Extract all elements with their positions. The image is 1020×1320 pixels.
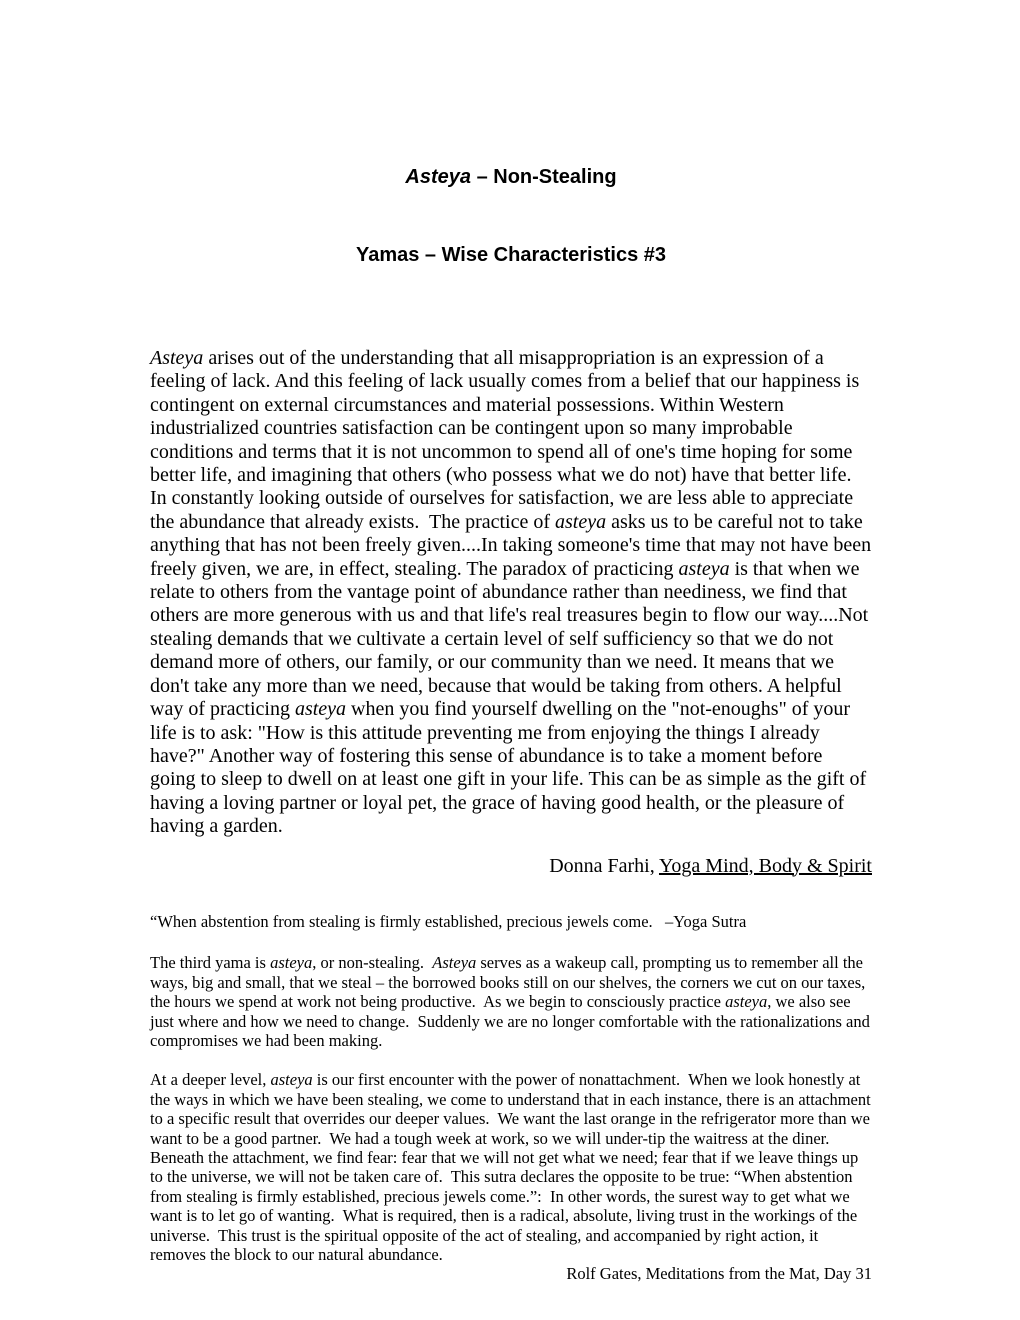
document-title: Asteya – Non-Stealing Yamas – Wise Chara… [150,112,872,320]
document-page: Asteya – Non-Stealing Yamas – Wise Chara… [0,0,1020,1320]
yoga-sutra-quote: “When abstention from stealing is firmly… [150,912,872,931]
document-title-line1: Asteya – Non-Stealing [150,164,872,190]
intro-paragraph: Asteya arises out of the understanding t… [150,347,872,839]
attribution-rolf-gates: Rolf Gates, Meditations from the Mat, Da… [150,1264,872,1283]
document-title-line2: Yamas – Wise Characteristics #3 [150,242,872,268]
attribution-donna-farhi: Donna Farhi, Yoga Mind, Body & Spirit [150,855,872,878]
rolf-gates-paragraph-1: The third yama is asteya, or non-stealin… [150,953,872,1050]
rolf-gates-paragraph-2: At a deeper level, asteya is our first e… [150,1070,872,1264]
